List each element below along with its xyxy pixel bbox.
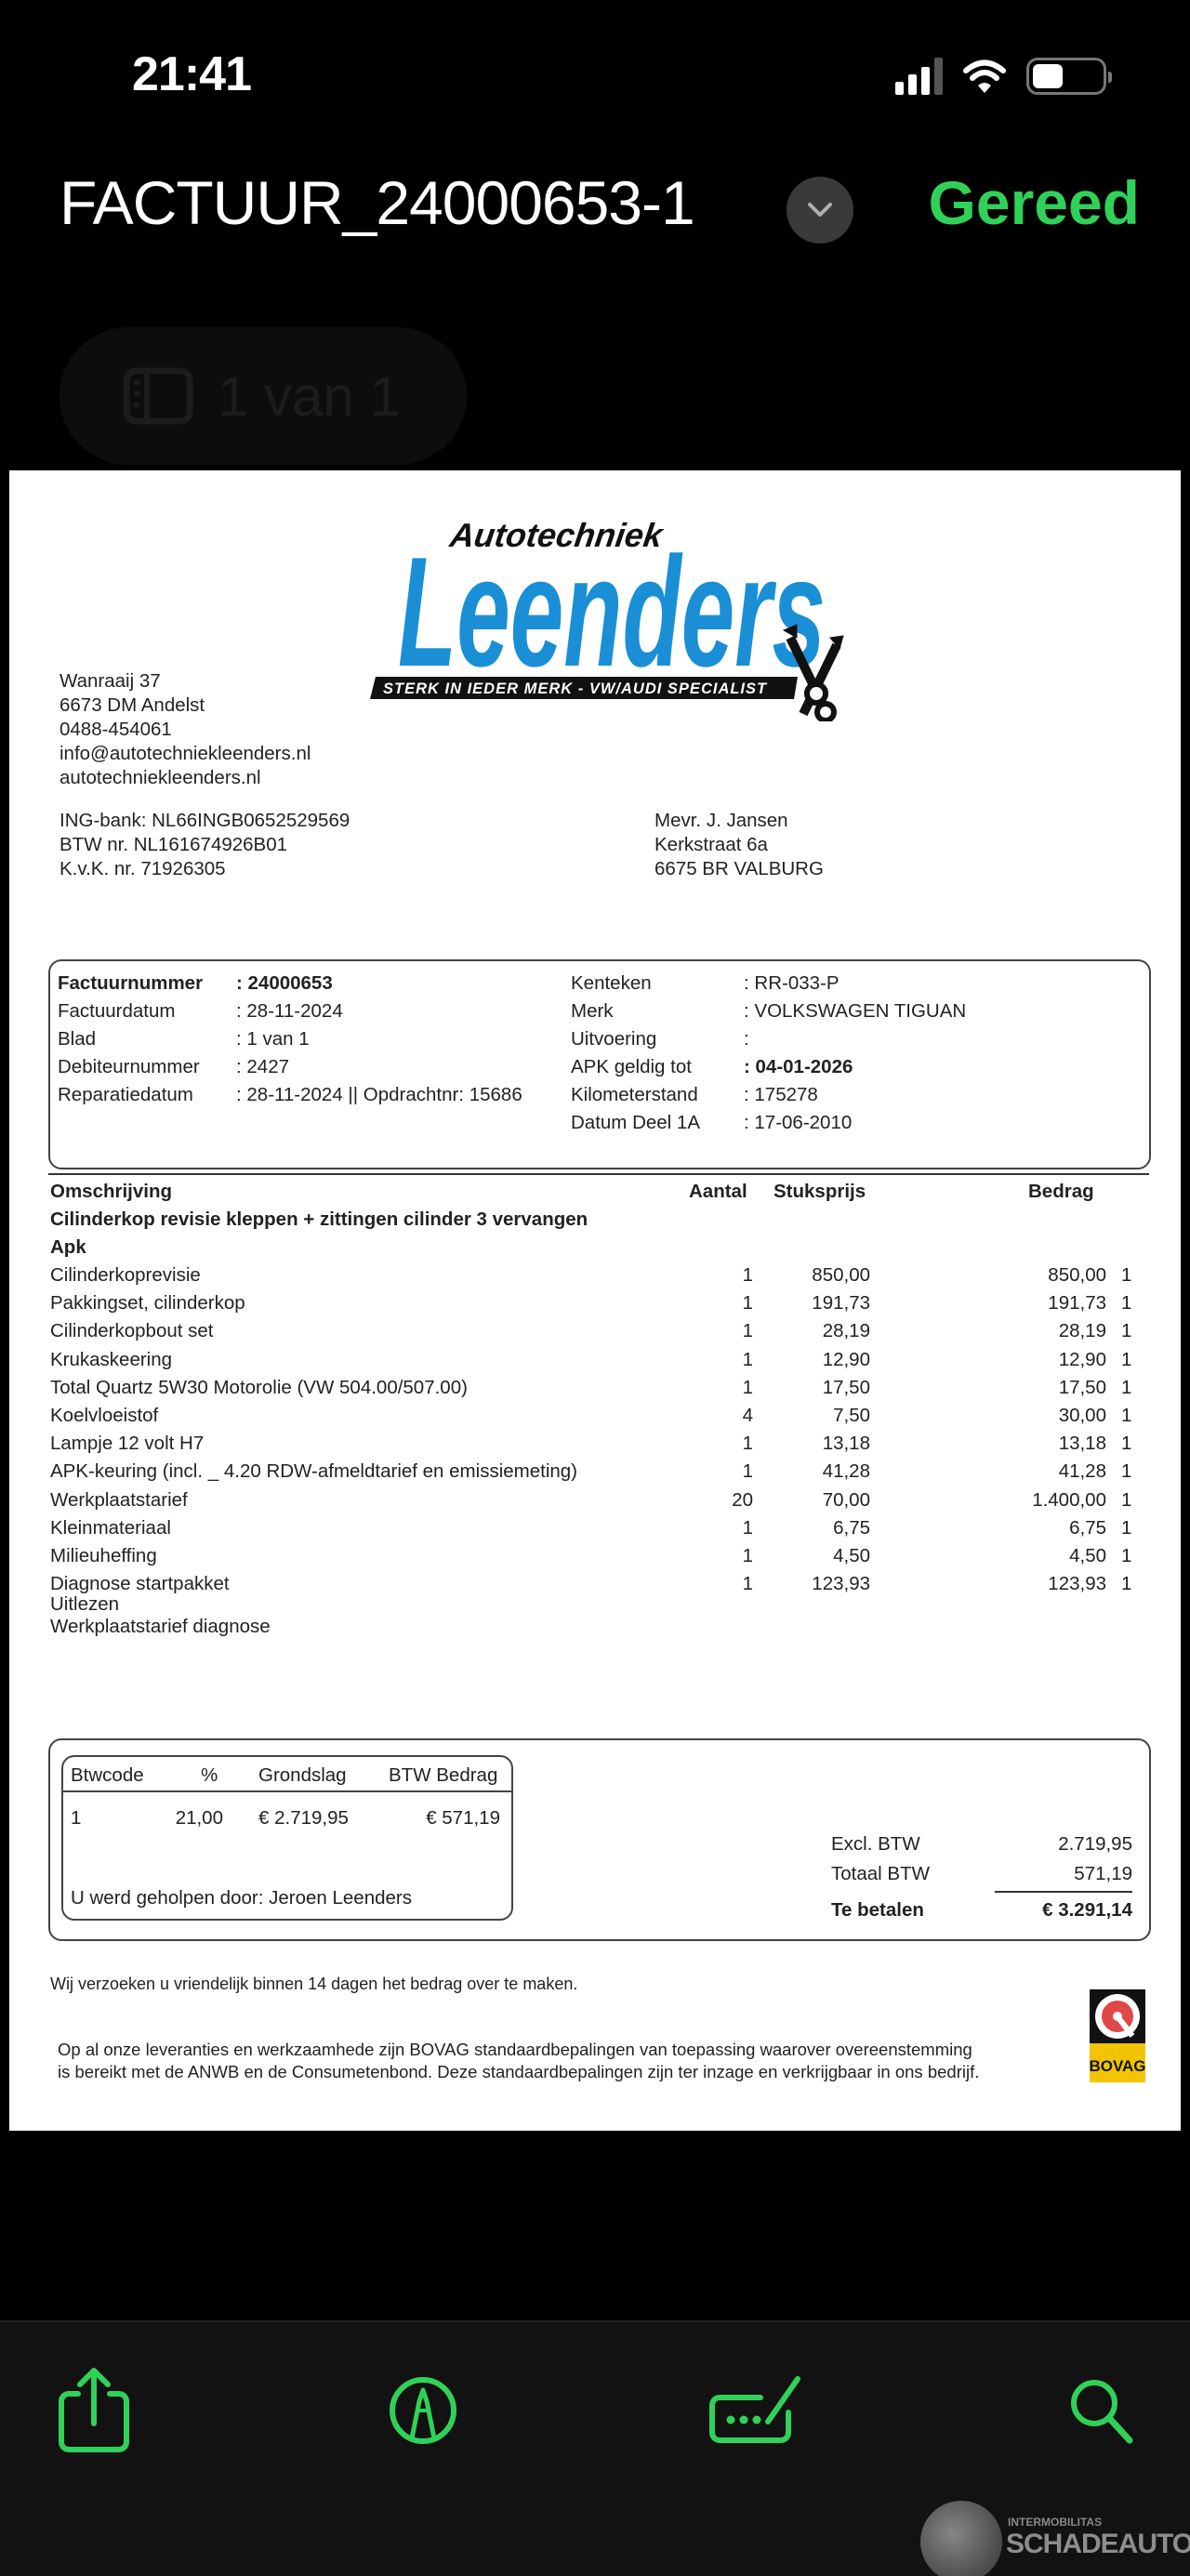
line-item-unit-price: 191,73 (768, 1292, 870, 1314)
meta-label: Kenteken (571, 972, 652, 995)
battery-icon (1026, 58, 1106, 95)
vat-header-base: Grondslag (258, 1764, 347, 1787)
helped-by: U werd geholpen door: Jeroen Leenders (71, 1887, 412, 1909)
line-item-qty: 20 (697, 1489, 753, 1512)
line-item-qty: 1 (697, 1517, 753, 1539)
line-item-amount: 1.400,00 (958, 1489, 1106, 1512)
meta-value: : (744, 1028, 749, 1050)
page-indicator[interactable]: 1 van 1 (59, 327, 467, 465)
watermark: INTERMOBILITAS SCHADEAUTOS.NL (920, 2491, 1190, 2576)
company-address-line: 6673 DM Andelst (59, 694, 311, 718)
meta-value: : 28-11-2024 || Opdrachtnr: 15686 (236, 1084, 522, 1106)
line-item-vat-code: 1 (1121, 1433, 1131, 1455)
company-bank-info: ING-bank: NL66INGB0652529569 BTW nr. NL1… (59, 809, 350, 881)
line-item-vat-code: 1 (1121, 1320, 1131, 1342)
payment-note: Wij verzoeken u vriendelijk binnen 14 da… (50, 1975, 577, 1994)
search-button[interactable] (1051, 2359, 1153, 2462)
line-item-vat-code: 1 (1121, 1349, 1131, 1371)
line-item-vat-code: 1 (1121, 1377, 1131, 1399)
title-menu-button[interactable] (787, 177, 853, 244)
line-item-qty: 1 (697, 1264, 753, 1287)
line-item-description: Cilinderkoprevisie (50, 1264, 201, 1287)
line-item-unit-price: 17,50 (768, 1377, 870, 1399)
line-item-qty: 1 (697, 1573, 753, 1595)
logo-name-text: Leenders (398, 524, 826, 699)
terms-line: is bereikt met de ANWB en de Consumetenb… (58, 2062, 979, 2082)
line-item-amount: 6,75 (958, 1517, 1106, 1539)
meta-value: : 2427 (236, 1056, 289, 1078)
line-item-amount: 17,50 (958, 1377, 1106, 1399)
status-bar: 21:41 (0, 0, 1190, 139)
meta-value: : 24000653 (236, 972, 333, 995)
vat-table-divider (61, 1790, 513, 1792)
vat-header-percent: % (201, 1764, 218, 1787)
company-website[interactable]: autotechniekleenders.nl (59, 766, 311, 790)
totals-divider (995, 1891, 1132, 1893)
line-item-vat-code: 1 (1121, 1573, 1131, 1595)
meta-label: Reparatiedatum (58, 1084, 193, 1106)
customer-name: Mevr. J. Jansen (654, 809, 824, 833)
col-header-unit-price: Stuksprijs (773, 1181, 866, 1203)
meta-label: APK geldig tot (571, 1056, 692, 1078)
vat-header-code: Btwcode (71, 1764, 144, 1787)
line-item-vat-code: 1 (1121, 1292, 1131, 1314)
line-item-unit-price: 4,50 (768, 1545, 870, 1567)
line-item-qty: 4 (697, 1405, 753, 1427)
line-item-description: Pakkingset, cilinderkop (50, 1292, 245, 1314)
share-icon (52, 2364, 136, 2457)
line-item-unit-price: 70,00 (768, 1489, 870, 1512)
meta-label: Factuurnummer (58, 972, 203, 995)
vat-number: BTW nr. NL161674926B01 (59, 833, 350, 857)
fill-and-sign-button[interactable] (707, 2359, 809, 2462)
meta-label: Kilometerstand (571, 1084, 698, 1106)
line-item-vat-code: 1 (1121, 1545, 1131, 1567)
line-item-description: Diagnose startpakket (50, 1573, 230, 1595)
total-label-excl: Excl. BTW (831, 1833, 920, 1856)
col-header-amount: Bedrag (1028, 1181, 1094, 1203)
line-item-unit-price: 12,90 (768, 1349, 870, 1371)
markup-button[interactable] (372, 2359, 474, 2462)
line-item-qty: 1 (697, 1460, 753, 1483)
vat-header-amount: BTW Bedrag (389, 1764, 497, 1787)
total-value-excl: 2.719,95 (995, 1833, 1132, 1856)
meta-label: Factuurdatum (58, 1000, 175, 1023)
vat-code: 1 (71, 1807, 81, 1830)
bank-line: ING-bank: NL66INGB0652529569 (59, 809, 350, 833)
line-item-vat-code: 1 (1121, 1405, 1131, 1427)
company-address: Wanraaij 37 6673 DM Andelst 0488-454061 … (59, 669, 311, 790)
line-item-amount: 191,73 (958, 1292, 1106, 1314)
meta-label: Uitvoering (571, 1028, 656, 1050)
meta-value: : RR-033-P (744, 972, 840, 995)
company-email[interactable]: info@autotechniekleenders.nl (59, 742, 311, 766)
total-label-due: Te betalen (831, 1899, 924, 1922)
line-item-unit-price: 850,00 (768, 1264, 870, 1287)
line-item-vat-code: 1 (1121, 1489, 1131, 1512)
total-value-vat: 571,19 (995, 1863, 1132, 1885)
table-top-divider (48, 1173, 1149, 1175)
page-indicator-label: 1 van 1 (218, 364, 401, 429)
meta-value: : VOLKSWAGEN TIGUAN (744, 1000, 966, 1023)
line-item-vat-code: 1 (1121, 1460, 1131, 1483)
line-item-amount: 4,50 (958, 1545, 1106, 1567)
company-logo: Autotechniek Leenders STERK IN IEDER MER… (361, 498, 863, 721)
kvk-number: K.v.K. nr. 71926305 (59, 857, 350, 881)
watermark-small-text: INTERMOBILITAS (1008, 2516, 1102, 2529)
terms-line: Op al onze leveranties en werkzaamhede z… (58, 2040, 972, 2060)
line-item-amount: 28,19 (958, 1320, 1106, 1342)
customer-city: 6675 BR VALBURG (654, 857, 824, 881)
line-item-description: Milieuheffing (50, 1545, 157, 1567)
markup-icon (386, 2373, 460, 2448)
status-icons (895, 58, 1106, 95)
line-item-amount: 123,93 (958, 1573, 1106, 1595)
line-item-description: Total Quartz 5W30 Motorolie (VW 504.00/5… (50, 1377, 468, 1399)
signal-icon (895, 58, 943, 95)
line-item-qty: 1 (697, 1320, 753, 1342)
sub-line: Uitlezen (50, 1593, 119, 1616)
line-item-amount: 13,18 (958, 1433, 1106, 1455)
line-item-description: Cilinderkopbout set (50, 1320, 214, 1342)
section-title: Cilinderkop revisie kleppen + zittingen … (50, 1209, 588, 1231)
line-item-qty: 1 (697, 1377, 753, 1399)
invoice-document[interactable]: Autotechniek Leenders STERK IN IEDER MER… (9, 470, 1181, 2131)
line-item-description: Koelvloeistof (50, 1405, 158, 1427)
company-address-line: Wanraaij 37 (59, 669, 311, 694)
vat-base: € 2.719,95 (258, 1807, 349, 1830)
section-title: Apk (50, 1236, 86, 1259)
total-value-due: € 3.291,14 (976, 1899, 1132, 1922)
line-item-qty: 1 (697, 1545, 753, 1567)
share-button[interactable] (43, 2359, 145, 2462)
svg-text:BOVAG: BOVAG (1089, 2057, 1145, 2075)
sub-line: Werkplaatstarief diagnose (50, 1616, 271, 1638)
line-item-description: Lampje 12 volt H7 (50, 1433, 204, 1455)
customer-address: Mevr. J. Jansen Kerkstraat 6a 6675 BR VA… (654, 809, 824, 881)
meta-value: : 175278 (744, 1084, 818, 1106)
line-item-qty: 1 (697, 1433, 753, 1455)
line-item-unit-price: 28,19 (768, 1320, 870, 1342)
sidebar-thumbnails-icon (123, 367, 193, 425)
status-time: 21:41 (132, 46, 251, 102)
line-item-amount: 12,90 (958, 1349, 1106, 1371)
vat-amount: € 571,19 (400, 1807, 500, 1830)
line-item-qty: 1 (697, 1292, 753, 1314)
line-item-vat-code: 1 (1121, 1264, 1131, 1287)
col-header-qty: Aantal (689, 1181, 747, 1203)
vat-percent: 21,00 (167, 1807, 223, 1830)
meta-value: : 17-06-2010 (744, 1112, 852, 1134)
bovag-logo: BOVAG (1088, 1988, 1147, 2084)
line-item-unit-price: 7,50 (768, 1405, 870, 1427)
chevron-down-icon (806, 201, 834, 219)
line-item-amount: 850,00 (958, 1264, 1106, 1287)
meta-value: : 04-01-2026 (744, 1056, 853, 1078)
col-header-description: Omschrijving (50, 1181, 172, 1203)
meta-label: Debiteurnummer (58, 1056, 200, 1078)
globe-icon (920, 2501, 1002, 2576)
meta-label: Merk (571, 1000, 614, 1023)
line-item-description: Krukaskeering (50, 1349, 172, 1371)
line-item-description: Werkplaatstarief (50, 1489, 188, 1512)
line-item-qty: 1 (697, 1349, 753, 1371)
wifi-icon (963, 59, 1006, 94)
line-item-unit-price: 41,28 (768, 1460, 870, 1483)
line-item-description: APK-keuring (incl. _ 4.20 RDW-afmeldtari… (50, 1460, 577, 1483)
customer-street: Kerkstraat 6a (654, 833, 824, 857)
meta-label: Blad (58, 1028, 96, 1050)
meta-label: Datum Deel 1A (571, 1112, 700, 1134)
line-item-description: Kleinmateriaal (50, 1517, 171, 1539)
company-phone: 0488-454061 (59, 718, 311, 742)
line-item-unit-price: 6,75 (768, 1517, 870, 1539)
document-title: FACTUUR_24000653-1 (59, 167, 694, 238)
search-icon (1064, 2373, 1139, 2448)
line-item-unit-price: 123,93 (768, 1573, 870, 1595)
meta-value: : 1 van 1 (236, 1028, 310, 1050)
watermark-big-text: SCHADEAUTOS.NL (1006, 2529, 1190, 2560)
line-item-vat-code: 1 (1121, 1517, 1131, 1539)
meta-value: : 28-11-2024 (236, 1000, 343, 1023)
line-item-amount: 41,28 (958, 1460, 1106, 1483)
line-item-amount: 30,00 (958, 1405, 1106, 1427)
logo-tagline: STERK IN IEDER MERK - VW/AUDI SPECIALIST (383, 680, 768, 697)
line-item-unit-price: 13,18 (768, 1433, 870, 1455)
signature-icon (707, 2373, 809, 2448)
total-label-vat: Totaal BTW (831, 1863, 930, 1885)
done-button[interactable]: Gereed (929, 167, 1140, 238)
